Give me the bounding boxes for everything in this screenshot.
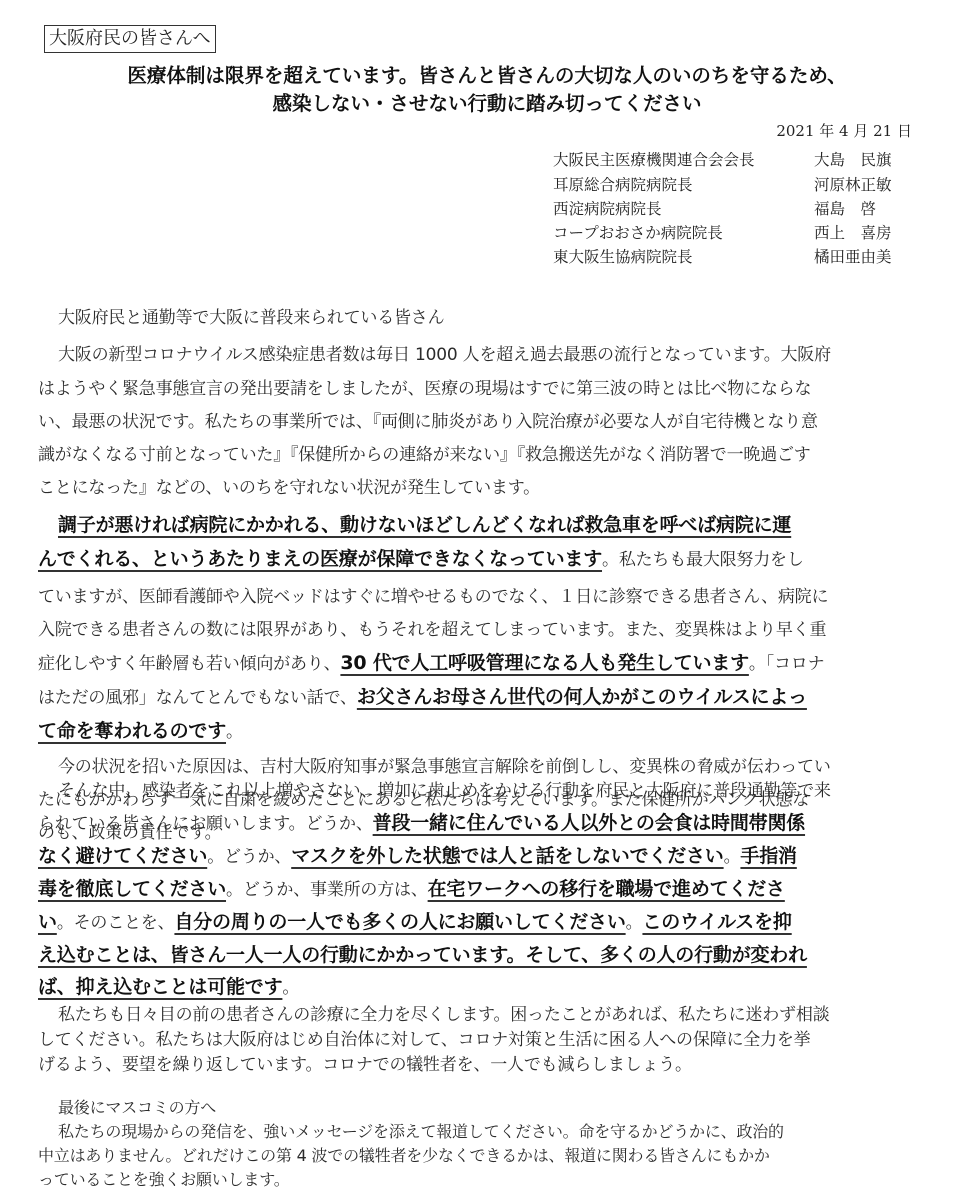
body-text-line: 大阪の新型コロナウイルス感染症患者数は毎日 1000 人を超え過去最悪の流行とな…: [38, 340, 918, 365]
signatory-role: 東大阪生協病院院長: [553, 245, 693, 267]
emphasized-text: い: [38, 911, 57, 933]
body-text-line: 私たちも日々目の前の患者さんの診療に全力を尽くします。困ったことがあれば、私たち…: [38, 1000, 918, 1025]
emphasized-text: て命を奪われるのです: [38, 720, 226, 742]
emphasized-text: ば、抑え込むことは可能です: [38, 976, 282, 998]
body-text-segment: 私たちも日々目の前の患者さんの診療に全力を尽くします。困ったことがあれば、私たち…: [58, 1005, 829, 1025]
body-text-segment: 。「コロナ: [749, 654, 825, 674]
document-date: 2021 年 4 月 21 日: [776, 120, 912, 141]
body-text-segment: 。どうか、: [207, 847, 291, 867]
signatory-name: 大島 民旗: [814, 148, 892, 170]
body-text-line: い、最悪の状況です。私たちの事業所では、『両側に肺炎があり入院治療が必要な人が自…: [38, 407, 918, 432]
signatory-role: コープおおさか病院院長: [553, 221, 723, 243]
body-text-line: そんな中、感染者をこれ以上増やさない、増加に歯止めをかける行動を府民と大阪府に普…: [38, 776, 918, 801]
signatory-role: 西淀病院病院長: [553, 197, 662, 219]
emphasized-text: お父さんお母さん世代の何人かがこのウイルスによっ: [357, 686, 807, 708]
emphasized-text: んでくれる、というあたりまえの医療が保障できなくなっています: [38, 548, 602, 570]
emphasized-text: このウイルスを抑: [642, 911, 791, 933]
addressee-line: 大阪府民と通勤等で大阪に普段来られている皆さん: [38, 303, 918, 328]
body-text-segment: 症化しやすく年齢層も若い傾向があり、: [38, 654, 340, 674]
body-text-segment: 。そのことを、: [57, 913, 175, 933]
media-paragraph-line: 中立はありません。どれだけこの第 4 波での犠牲者を少なくできるかは、報道に関わ…: [38, 1143, 918, 1166]
body-text-line: 調子が悪ければ病院にかかれる、動けないほどしんどくなれば救急車を呼べば病院に運: [38, 510, 918, 537]
body-text-segment: 識がなくなる寸前となっていた』『保健所からの連絡が来ない』『救急搬送先がなく消防…: [38, 445, 811, 465]
emphasized-text: 在宅ワークへの移行を職場で進めてくださ: [428, 878, 785, 900]
body-text-line: はただの風邪」なんてとんでもない話で、お父さんお母さん世代の何人かがこのウイルス…: [38, 682, 918, 709]
body-text-segment: い、最悪の状況です。私たちの事業所では、『両側に肺炎があり入院治療が必要な人が自…: [38, 412, 818, 432]
emphasized-text: 毒を徹底してください: [38, 878, 226, 900]
body-text-segment: 今の状況を招いた原因は、吉村大阪府知事が緊急事態宣言解除を前倒しし、変異株の脅威…: [58, 757, 831, 777]
body-text-segment: はようやく緊急事態宣言の発出要請をしましたが、医療の現場はすでに第三波の時とは比…: [38, 379, 811, 399]
body-text-segment: 。: [226, 722, 243, 742]
body-text-segment: してください。私たちは大阪府はじめ自治体に対して、コロナ対策と生活に困る人への保…: [38, 1030, 810, 1050]
body-text-line: ことになった』などの、いのちを守れない状況が発生しています。: [38, 473, 918, 498]
signatory-name: 西上 喜房: [814, 221, 892, 243]
body-text-segment: 。: [282, 978, 299, 998]
body-text-line: なく避けてください。どうか、マスクを外した状態では人と話をしないでください。手指…: [38, 841, 918, 868]
body-text-line: て命を奪われるのです。: [38, 716, 918, 743]
body-text-segment: 。: [626, 913, 643, 933]
document-title-line-1: 医療体制は限界を超えています。皆さんと皆さんの大切な人のいのちを守るため、: [0, 60, 974, 88]
body-text-segment: 入院できる患者さんの数には限界があり、もうそれを超えてしまっています。また、変異…: [38, 620, 826, 640]
body-text-segment: ことになった』などの、いのちを守れない状況が発生しています。: [38, 478, 540, 498]
body-text-segment: られている皆さんにお願いします。どうか、: [38, 814, 373, 834]
body-text-line: んでくれる、というあたりまえの医療が保障できなくなっています。私たちも最大限努力…: [38, 544, 918, 571]
emphasized-text: 自分の周りの一人でも多くの人にお願いしてください: [174, 911, 625, 933]
emphasized-text: 30 代で人工呼吸管理になる人も発生しています: [340, 652, 748, 674]
body-text-line: 識がなくなる寸前となっていた』『保健所からの連絡が来ない』『救急搬送先がなく消防…: [38, 440, 918, 465]
body-text-segment: そんな中、感染者をこれ以上増やさない、増加に歯止めをかける行動を府民と大阪府に普…: [58, 781, 831, 801]
media-paragraph-line: っていることを強くお願いします。: [38, 1167, 918, 1190]
signatory-name: 福島 啓: [814, 197, 876, 219]
document-title-line-2: 感染しない・させない行動に踏み切ってください: [0, 88, 974, 116]
body-text-segment: はただの風邪」なんてとんでもない話で、: [38, 688, 357, 708]
signatory-name: 河原林正敏: [814, 173, 892, 195]
body-text-line: 毒を徹底してください。どうか、事業所の方は、在宅ワークへの移行を職場で進めてくだ…: [38, 874, 918, 901]
body-text-line: 症化しやすく年齢層も若い傾向があり、30 代で人工呼吸管理になる人も発生していま…: [38, 648, 918, 675]
body-text-line: してください。私たちは大阪府はじめ自治体に対して、コロナ対策と生活に困る人への保…: [38, 1025, 918, 1050]
body-text-line: え込むことは、皆さん一人一人の行動にかかっています。そして、多くの人の行動が変わ…: [38, 940, 918, 967]
emphasized-text: え込むことは、皆さん一人一人の行動にかかっています。そして、多くの人の行動が変わ…: [38, 944, 807, 966]
body-text-line: はようやく緊急事態宣言の発出要請をしましたが、医療の現場はすでに第三波の時とは比…: [38, 374, 918, 399]
emphasized-text: 調子が悪ければ病院にかかれる、動けないほどしんどくなれば救急車を呼べば病院に運: [58, 514, 791, 536]
body-text-segment: 。私たちも最大限努力をし: [602, 550, 804, 570]
body-text-line: げるよう、要望を繰り返しています。コロナでの犠牲者を、一人でも減らしましょう。: [38, 1050, 918, 1075]
body-text-line: 入院できる患者さんの数には限界があり、もうそれを超えてしまっています。また、変異…: [38, 615, 918, 640]
addressee-box-label: 大阪府民の皆さんへ: [44, 25, 216, 53]
body-text-segment: ていますが、医師看護師や入院ベッドはすぐに増やせるものでなく、１日に診察できる患…: [38, 587, 828, 607]
body-text-segment: 。どうか、事業所の方は、: [226, 880, 428, 900]
emphasized-text: マスクを外した状態では人と話をしないでください: [291, 845, 723, 867]
body-text-line: ば、抑え込むことは可能です。: [38, 972, 918, 999]
body-text-line: ていますが、医師看護師や入院ベッドはすぐに増やせるものでなく、１日に診察できる患…: [38, 582, 918, 607]
body-text-line: られている皆さんにお願いします。どうか、普段一緒に住んでいる人以外との会食は時間…: [38, 808, 918, 835]
signatory-role: 耳原総合病院病院長: [553, 173, 693, 195]
body-text-segment: 大阪の新型コロナウイルス感染症患者数は毎日 1000 人を超え過去最悪の流行とな…: [58, 345, 831, 365]
media-paragraph-line: 私たちの現場からの発信を、強いメッセージを添えて報道してください。命を守るかどう…: [38, 1119, 918, 1142]
body-text-line: 今の状況を招いた原因は、吉村大阪府知事が緊急事態宣言解除を前倒しし、変異株の脅威…: [38, 752, 918, 777]
body-text-segment: げるよう、要望を繰り返しています。コロナでの犠牲者を、一人でも減らしましょう。: [38, 1055, 692, 1075]
signatory-name: 橘田亜由美: [814, 245, 892, 267]
emphasized-text: なく避けてください: [38, 845, 207, 867]
signatory-role: 大阪民主医療機関連合会会長: [553, 148, 755, 170]
media-section-heading: 最後にマスコミの方へ: [38, 1095, 918, 1118]
body-text-line: い。そのことを、自分の周りの一人でも多くの人にお願いしてください。このウイルスを…: [38, 907, 918, 934]
body-text-segment: 。: [724, 847, 741, 867]
emphasized-text: 普段一緒に住んでいる人以外との会食は時間帯関係: [373, 812, 805, 834]
emphasized-text: 手指消: [740, 845, 796, 867]
